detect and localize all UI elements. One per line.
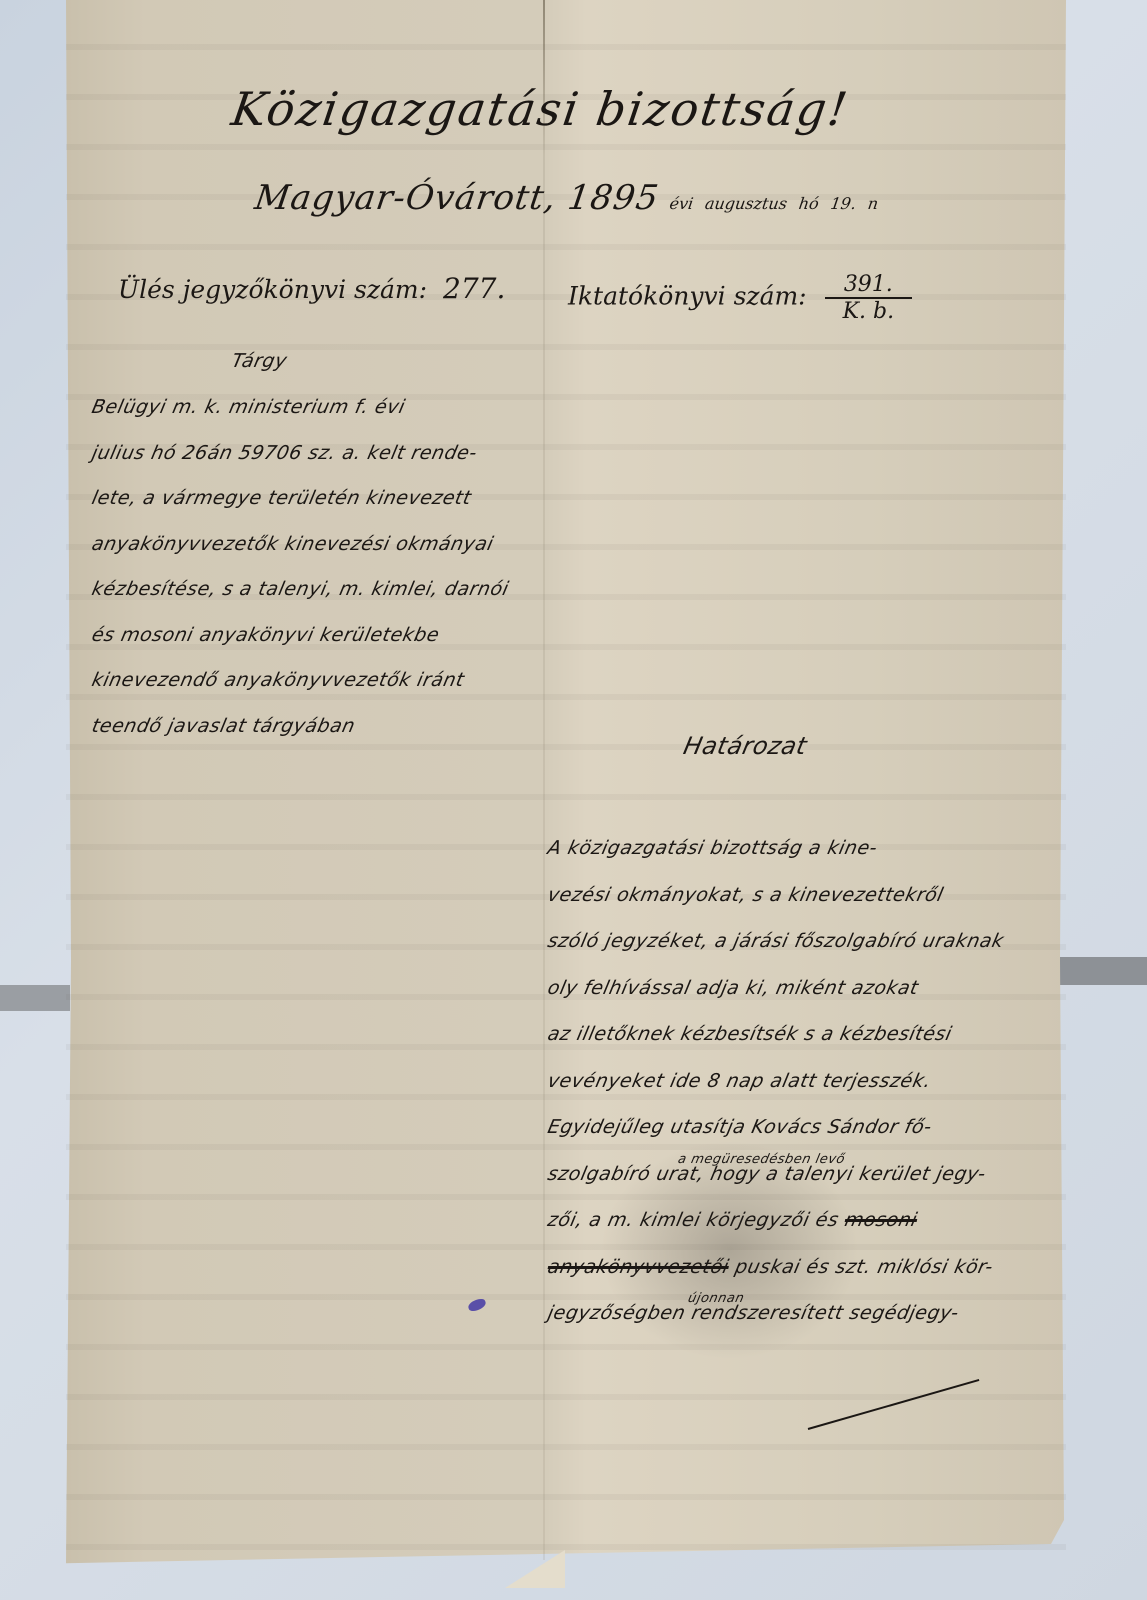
registry-label: Iktatókönyvi szám: — [568, 282, 807, 311]
registry-fraction: 391. K. b. — [825, 272, 913, 324]
subject-text-block: Belügyi m. k. ministerium f. évi julius … — [92, 385, 552, 749]
year: 1895 — [565, 178, 661, 218]
decision-line-text: jegyzőségben — [546, 1302, 695, 1324]
decision-line: A közigazgatási bizottság a kine- — [543, 825, 882, 871]
decision-line: vezési okmányokat, s a kinevezettekről — [543, 872, 948, 918]
registry-number: Iktatókönyvi szám: 391. K. b. — [568, 272, 912, 324]
subject-line: teendő javaslat tárgyában — [87, 704, 359, 749]
decision-line: szolgabíró urat, hogy a talenyi kerület … — [543, 1151, 990, 1197]
session-record-number: Ülés jegyzőkönyvi szám: 277. — [118, 272, 505, 305]
subject-line: kinevezendő anyakönyvvezetők iránt — [87, 658, 469, 703]
decision-line-text: zői, a m. kimlei körjegyzői és — [546, 1209, 848, 1231]
year-suffix: évi — [668, 194, 694, 213]
place: Magyar-Óvárott, — [252, 178, 559, 218]
month: augusztus — [704, 194, 789, 213]
subject-line: julius hó 26án 59706 sz. a. kelt rende- — [87, 431, 481, 476]
struck-text: anyakönyvvezetői — [546, 1256, 731, 1278]
decision-line: jegyzőségben rendszeresített segédjegy- — [543, 1290, 963, 1336]
floor-tile-seam-left — [0, 985, 70, 1011]
subject-line: anyakönyvvezetők kinevezési okmányai — [87, 522, 498, 567]
struck-text: mosoni — [843, 1209, 920, 1231]
subject-line: és mosoni anyakönyvi kerületekbe — [87, 613, 444, 658]
decision-line: anyakönyvvezetői puskai és szt. miklósi … — [543, 1244, 998, 1290]
session-record-value: 277. — [443, 272, 505, 305]
decision-line: szóló jegyzéket, a járási főszolgabíró u… — [543, 918, 1008, 964]
subject-line: Belügyi m. k. ministerium f. évi — [87, 385, 409, 430]
decision-line: zői, a m. kimlei körjegyzői és mosoni — [543, 1197, 922, 1243]
place-date-line: Magyar-Óvárott, 1895 évi augusztus hó 19… — [252, 178, 882, 218]
decision-line-text: puskai és szt. miklósi kör- — [726, 1256, 995, 1278]
decision-line: az illetőknek kézbesítsék s a kézbesítés… — [543, 1011, 957, 1057]
subject-label: Tárgy — [230, 350, 290, 372]
day: 19. — [829, 194, 857, 213]
month-suffix: hó — [798, 194, 821, 213]
registry-numerator: 391. — [825, 272, 913, 299]
subject-line: lete, a vármegye területén kinevezett — [87, 476, 476, 521]
session-record-label: Ülés jegyzőkönyvi szám: — [118, 275, 427, 304]
decision-text-block: A közigazgatási bizottság a kine- vezési… — [548, 825, 1048, 1337]
subject-line: kézbesítése, s a talenyi, m. kimlei, dar… — [87, 567, 513, 612]
decision-title: Határozat — [681, 732, 810, 760]
document-heading: Közigazgatási bizottság! — [228, 82, 852, 136]
document-sheet — [66, 0, 1066, 1600]
decision-line: vevényeket ide 8 nap alatt terjesszék. — [543, 1058, 936, 1104]
decision-line: oly felhívással adja ki, miként azokat — [543, 965, 923, 1011]
folded-corner — [505, 1550, 565, 1588]
registry-denominator: K. b. — [825, 299, 913, 324]
decision-line-text-continued: rendszeresített segédjegy- — [690, 1302, 961, 1324]
